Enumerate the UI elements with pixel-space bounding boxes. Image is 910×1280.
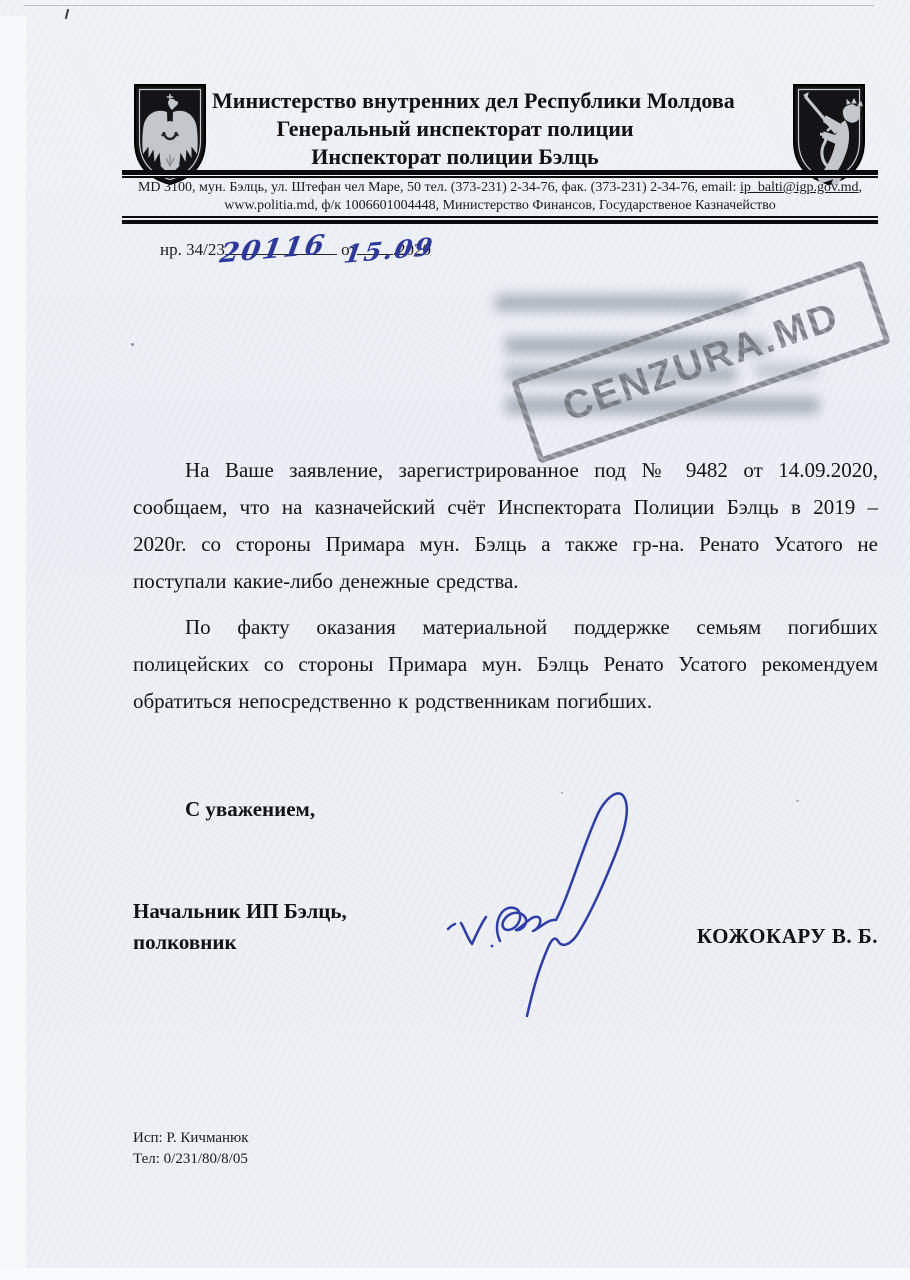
handwritten-reference-number: 20116 xyxy=(217,230,328,270)
ministry-title: Министерство внутренних дел Республики М… xyxy=(212,87,698,115)
address-line-1: MD 3100, мун. Бэлць, ул. Штефан чел Маре… xyxy=(122,179,878,197)
email-address: ip_balti@igp.gov.md xyxy=(740,180,859,195)
executor-name: Исп: Р. Кичманюк xyxy=(133,1128,249,1149)
salutation: С уважением, xyxy=(185,797,315,822)
letterhead-address: MD 3100, мун. Бэлць, ул. Штефан чел Маре… xyxy=(122,179,878,215)
inspectorate-balti-title: Инспекторат полиции Бэлць xyxy=(212,143,698,171)
scan-artifact-line xyxy=(24,5,874,6)
scan-artifact-dot xyxy=(796,800,799,802)
scan-edge-bottom xyxy=(0,1268,910,1280)
reference-prefix: нр. 34/23 xyxy=(160,240,225,259)
blue-ink-signature-icon xyxy=(428,778,673,1023)
scan-artifact-tick xyxy=(65,9,69,19)
signer-title-line-1: Начальник ИП Бэлць, xyxy=(133,896,347,927)
reference-number-blank: 20116 xyxy=(225,254,337,255)
executor-phone: Тел: 0/231/80/8/05 xyxy=(133,1149,249,1170)
reference-number-line: нр. 34/2320116 от15.09.2020 xyxy=(160,240,431,260)
executor-block: Исп: Р. Кичманюк Тел: 0/231/80/8/05 xyxy=(133,1128,249,1170)
letterhead-rule-top xyxy=(122,170,878,178)
reference-date-blank: 15.09 xyxy=(357,254,393,255)
inspectorate-general-title: Генеральный инспекторат полиции xyxy=(212,115,698,143)
censored-line xyxy=(495,295,747,311)
scanned-letter-page: Министерство внутренних дел Республики М… xyxy=(0,0,910,1280)
scan-edge-left xyxy=(0,16,26,1280)
handwritten-date: 15.09 xyxy=(342,232,437,269)
letterhead-rule-bottom-thick xyxy=(122,220,878,224)
address-line-2: www.politia.md, ф/к 1006601004448, Минис… xyxy=(122,197,878,215)
scan-artifact-dot xyxy=(131,343,134,346)
letterhead-rule-bottom-thin xyxy=(122,216,878,218)
signer-title-line-2: полковник xyxy=(133,927,347,958)
letterhead-title-block: Министерство внутренних дел Республики М… xyxy=(212,87,698,171)
signer-title-block: Начальник ИП Бэлць, полковник xyxy=(133,896,347,958)
letter-body: На Ваше заявление, зарегистрированное по… xyxy=(133,452,878,729)
body-paragraph-1: На Ваше заявление, зарегистрированное по… xyxy=(133,452,878,600)
body-paragraph-2: По факту оказания материальной поддержке… xyxy=(133,609,878,720)
